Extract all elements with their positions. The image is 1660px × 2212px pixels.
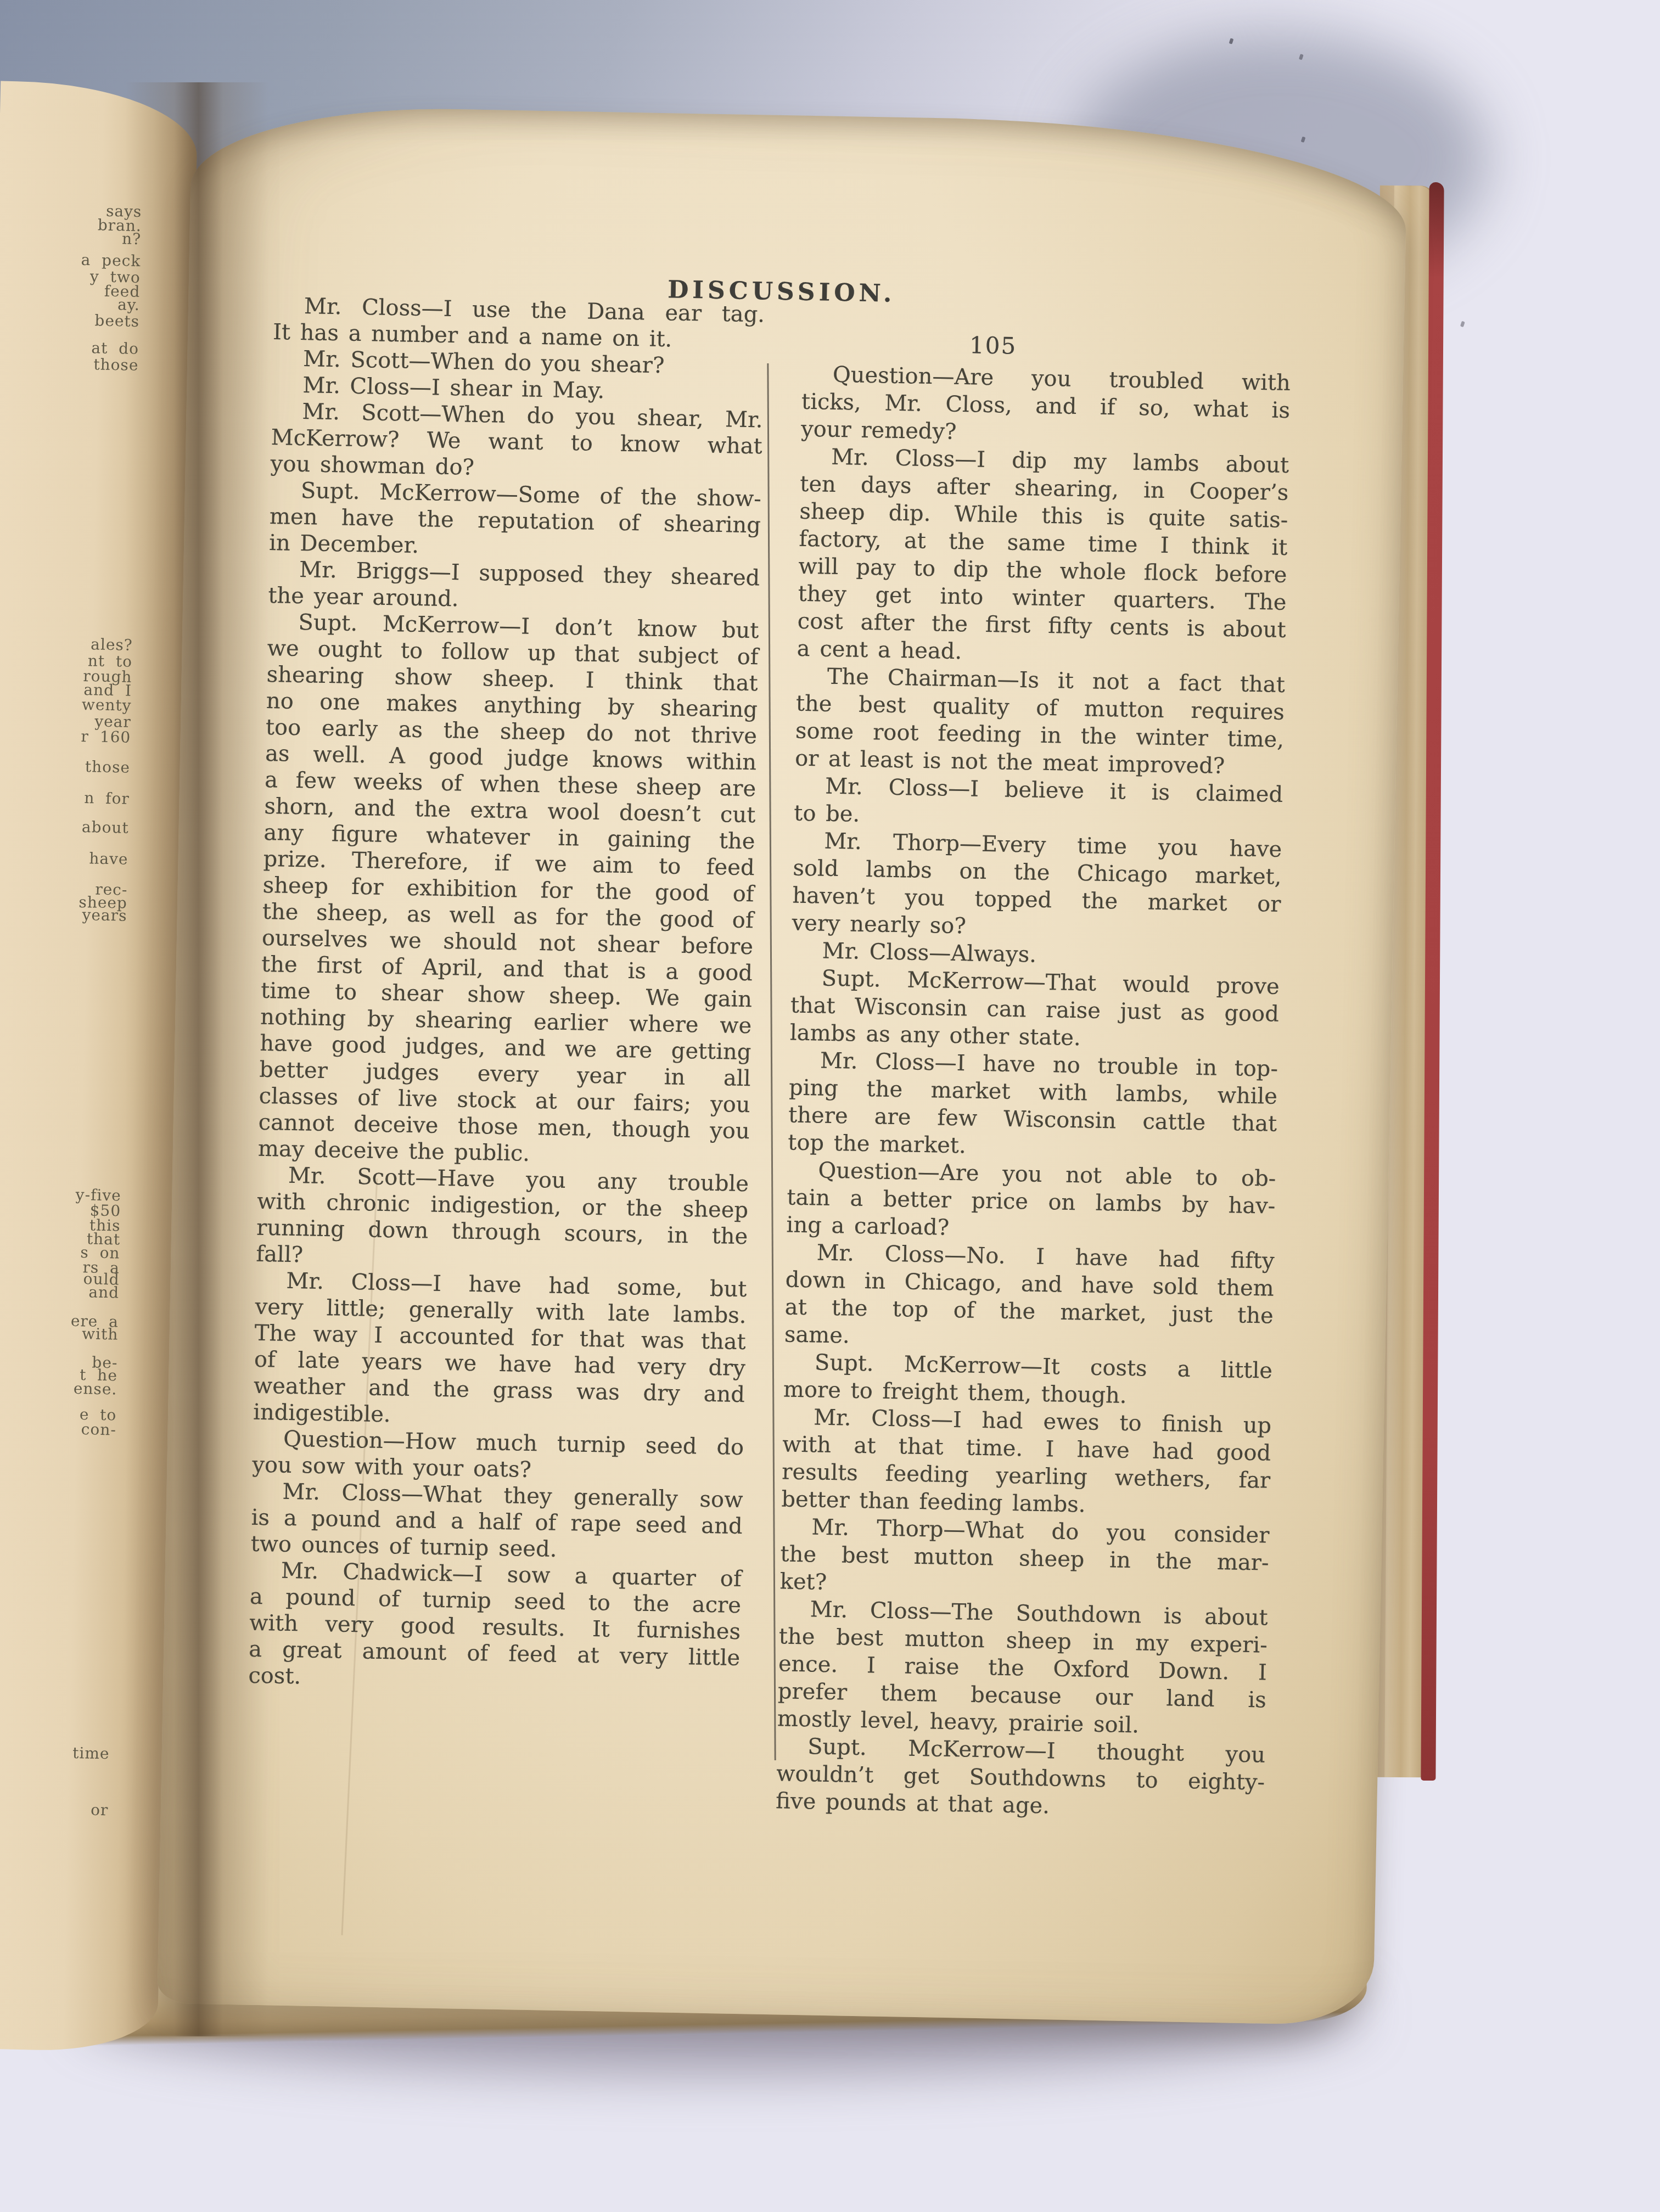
left-page-text-fragment: have — [89, 851, 128, 867]
left-column: Mr. Closs—I use the Dana ear tag.It has … — [248, 293, 765, 1698]
right-page: DISCUSSION. 105 Mr. Closs—I use the Dana… — [157, 104, 1407, 2025]
page-number: 105 — [969, 332, 1017, 360]
left-page-text-fragment: con- — [81, 1422, 117, 1438]
left-page-text-fragment: r 160 — [81, 729, 131, 745]
left-page-text-fragment: wenty — [82, 697, 132, 714]
column-divider-rule — [767, 363, 776, 1760]
left-page-text-fragment: with — [82, 1326, 119, 1342]
left-page-text-fragment: time — [72, 1745, 110, 1761]
left-page-text-fragment: and — [88, 1284, 119, 1300]
left-page-text-fragment: years — [82, 907, 127, 924]
left-page-text-fragment: those — [85, 759, 131, 776]
left-page-text-fragment: ense. — [74, 1381, 117, 1397]
gutter-fold-shadow — [125, 82, 269, 2036]
left-page-text-fragment: about — [82, 819, 129, 836]
left-page-text-fragment: or — [91, 1803, 109, 1818]
right-column: Question—Are you troubled withticks, Mr.… — [776, 361, 1291, 1824]
left-page-text-fragment: n for — [84, 790, 130, 807]
book-photo: saysbran.n?a pecky twofeeday.beetsat dot… — [0, 0, 1660, 2212]
